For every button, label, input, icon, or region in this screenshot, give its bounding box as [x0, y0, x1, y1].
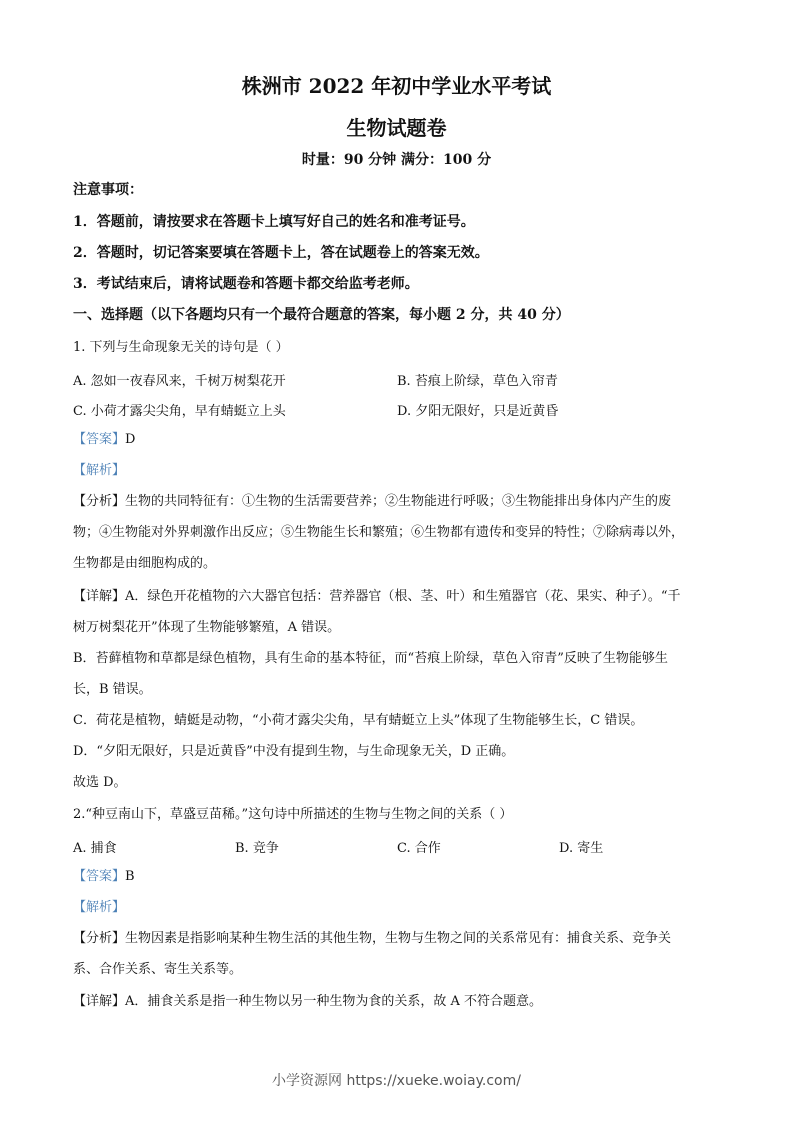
notice-item: 2．答题时，切记答案要填在答题卡上，答在试题卷上的答案无效。 — [73, 244, 733, 262]
answer-label: 【答案】 — [73, 869, 125, 884]
watermark-footer: 小学资源网 https://xueke.woiay.com/ — [0, 1070, 793, 1090]
option-c: C. 合作 — [397, 837, 441, 856]
fenxi-text: 生物的共同特征有：①生物的生活需要营养；②生物能进行呼吸；③生物能排出身体内产生… — [125, 494, 671, 509]
fenxi-line: 【分析】生物因素是指影响某种生物生活的其他生物，生物与生物之间的关系常见有：捕食… — [73, 930, 733, 948]
answer-value: D — [125, 432, 135, 447]
xiangjie-label: 【详解】 — [73, 994, 125, 1009]
answer-row: 【答案】D — [73, 431, 733, 449]
option-d: D. 夕阳无限好，只是近黄昏 — [397, 400, 558, 419]
xiangjie-line: 故选 D。 — [73, 774, 733, 792]
answer-label: 【答案】 — [73, 432, 125, 447]
question-stem: 1. 下列与生命现象无关的诗句是（ ） — [73, 339, 733, 357]
xiangjie-line: 【详解】A．捕食关系是指一种生物以另一种生物为食的关系，故 A 不符合题意。 — [73, 993, 733, 1011]
fenxi-label: 【分析】 — [73, 931, 125, 946]
fenxi-label: 【分析】 — [73, 494, 125, 509]
section-heading: 一、选择题（以下各题均只有一个最符合题意的答案，每小题 2 分，共 40 分） — [73, 306, 733, 324]
exam-meta: 时量：90 分钟 满分：100 分 — [0, 149, 793, 169]
analysis-label: 【解析】 — [73, 462, 733, 480]
question-stem: 2.“种豆南山下，草盛豆苗稀。”这句诗中所描述的生物与生物之间的关系（ ） — [73, 806, 733, 824]
exam-page: 株洲市 2022 年初中学业水平考试 生物试题卷 时量：90 分钟 满分：100… — [0, 0, 793, 1122]
fenxi-line: 物；④生物能对外界刺激作出反应；⑤生物能生长和繁殖；⑥生物都有遗传和变异的特性；… — [73, 524, 733, 542]
option-d: D. 寄生 — [559, 837, 603, 856]
xiangjie-line: C．荷花是植物，蜻蜓是动物，“小荷才露尖尖角，早有蜻蜓立上头”体现了生物能够生长… — [73, 712, 733, 730]
notice-item: 1．答题前，请按要求在答题卡上填写好自己的姓名和准考证号。 — [73, 213, 733, 231]
option-c: C. 小荷才露尖尖角，早有蜻蜓立上头 — [73, 400, 286, 419]
xiangjie-text: A．绿色开花植物的六大器官包括：营养器官（根、茎、叶）和生殖器官（花、果实、种子… — [125, 589, 681, 604]
exam-subtitle: 生物试题卷 — [0, 112, 793, 141]
xiangjie-label: 【详解】 — [73, 589, 125, 604]
notice-item: 3．考试结束后，请将试题卷和答题卡都交给监考老师。 — [73, 275, 733, 293]
xiangjie-line: 【详解】A．绿色开花植物的六大器官包括：营养器官（根、茎、叶）和生殖器官（花、果… — [73, 588, 733, 606]
answer-row: 【答案】B — [73, 868, 733, 886]
option-a: A. 捕食 — [73, 837, 117, 856]
answer-value: B — [125, 869, 135, 884]
xiangjie-text: A．捕食关系是指一种生物以另一种生物为食的关系，故 A 不符合题意。 — [125, 994, 542, 1009]
xiangjie-line: 长，B 错误。 — [73, 681, 733, 699]
fenxi-text: 生物因素是指影响某种生物生活的其他生物，生物与生物之间的关系常见有：捕食关系、竞… — [125, 931, 671, 946]
notice-heading: 注意事项： — [73, 181, 733, 199]
analysis-label: 【解析】 — [73, 899, 733, 917]
option-a: A. 忽如一夜春风来，千树万树梨花开 — [73, 370, 286, 389]
fenxi-line: 系、合作关系、寄生关系等。 — [73, 961, 733, 979]
exam-title: 株洲市 2022 年初中学业水平考试 — [0, 70, 793, 99]
option-b: B. 竞争 — [235, 837, 279, 856]
xiangjie-line: 树万树梨花开”体现了生物能够繁殖，A 错误。 — [73, 619, 733, 637]
xiangjie-line: B．苔藓植物和草都是绿色植物，具有生命的基本特征，而“苔痕上阶绿，草色入帘青”反… — [73, 650, 733, 668]
xiangjie-line: D．“夕阳无限好，只是近黄昏”中没有提到生物，与生命现象无关，D 正确。 — [73, 743, 733, 761]
fenxi-line: 【分析】生物的共同特征有：①生物的生活需要营养；②生物能进行呼吸；③生物能排出身… — [73, 493, 733, 511]
option-b: B. 苔痕上阶绿，草色入帘青 — [397, 370, 558, 389]
fenxi-line: 生物都是由细胞构成的。 — [73, 555, 733, 573]
